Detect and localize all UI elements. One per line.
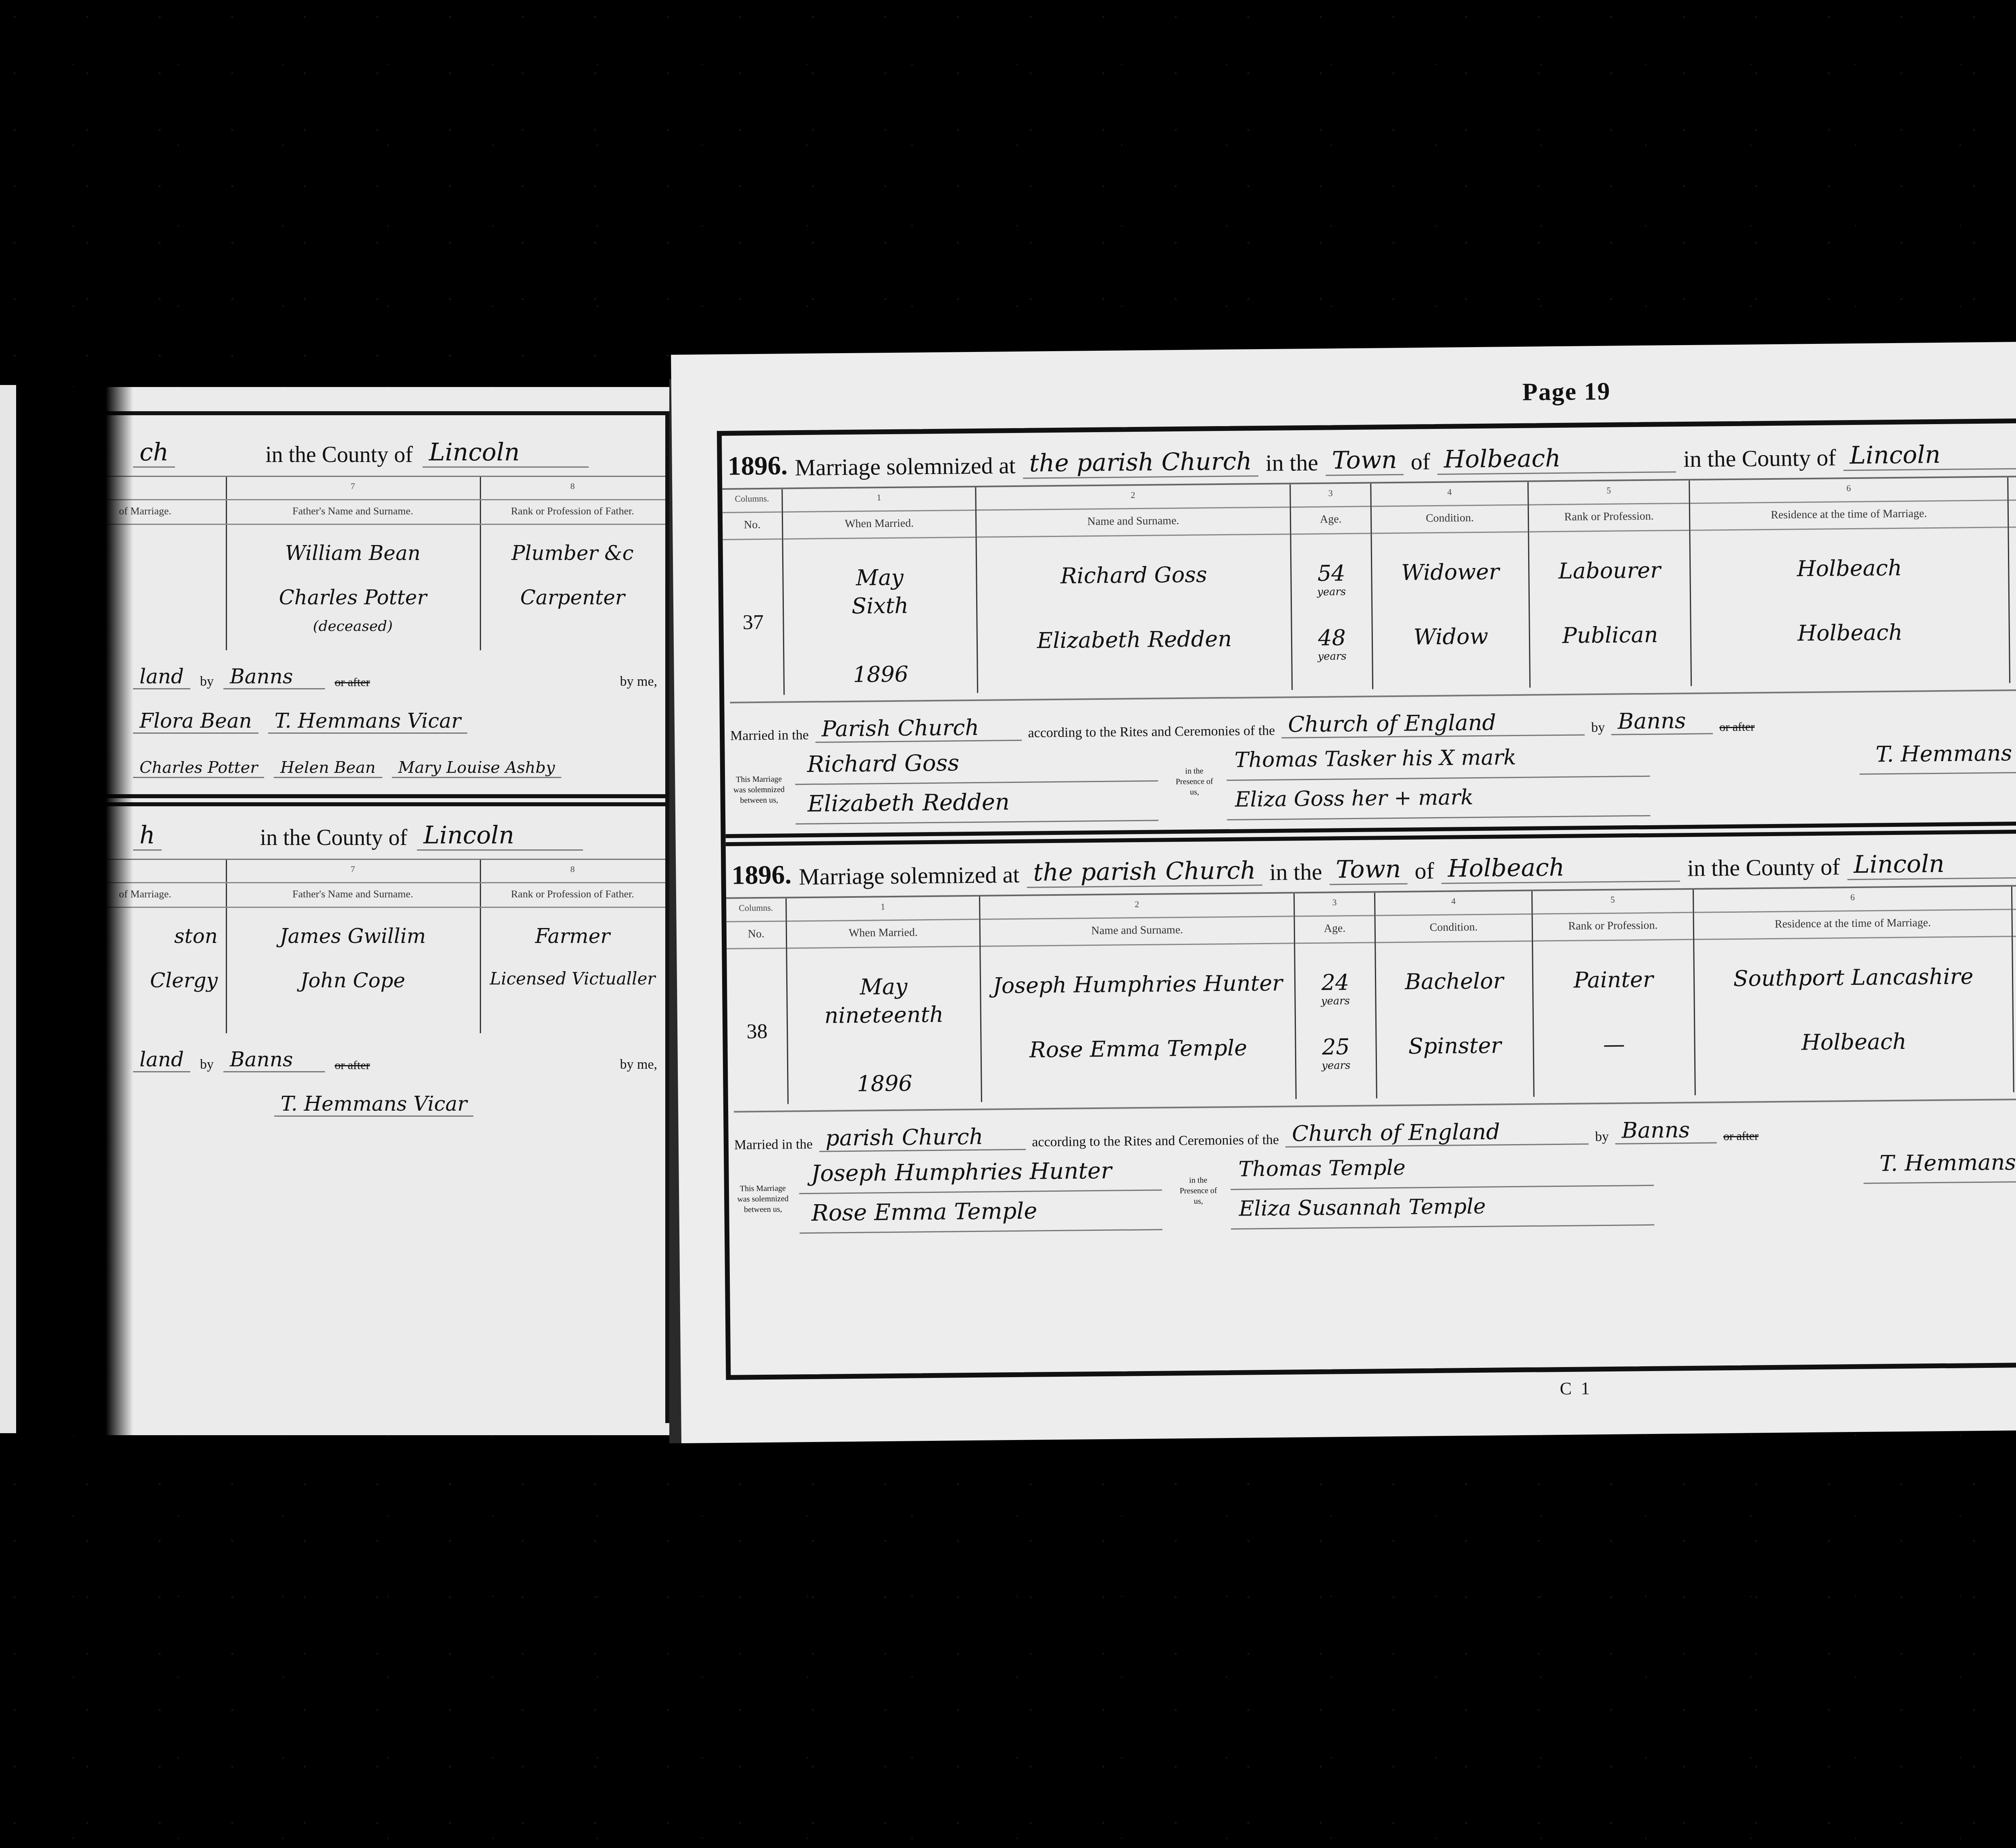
witness-signature: Eliza Susannah Temple xyxy=(1231,1186,1654,1230)
cell-value: 48years xyxy=(1292,624,1372,663)
party-signature: Joseph Humphries Hunter xyxy=(799,1151,1162,1195)
cell-value: Holbeach xyxy=(1695,1028,2013,1056)
party-signature: Rose Emma Temple xyxy=(799,1191,1162,1234)
cell-value: Holbeach xyxy=(1691,618,2009,647)
signature-block: This Marriage was solemnized between us,… xyxy=(730,731,2016,831)
cell-value: Joseph Humphries Hunter xyxy=(981,970,1295,998)
married-in-line: Married in the parish Church according t… xyxy=(734,1096,2016,1153)
column-header: Condition. xyxy=(1375,914,1532,943)
father-name: William Bean xyxy=(226,541,480,565)
party-signature: Elizabeth Redden xyxy=(795,782,1158,825)
column-header: No. xyxy=(723,512,782,540)
married-in: parish Church xyxy=(819,1124,1026,1152)
column-header: Name and Surname. xyxy=(981,916,1294,947)
col-no: Columns.No.38 xyxy=(726,898,789,1104)
parties: Joseph Humphries Hunter Rose Emma Temple xyxy=(799,1151,1162,1234)
col-residence: 6Residence at the time of Marriage.Holbe… xyxy=(1690,477,2010,686)
father-profession: Carpenter xyxy=(480,586,665,609)
father-profession: Licensed Victualler xyxy=(480,969,665,989)
married-in: Parish Church xyxy=(815,714,1022,743)
column-header: Condition. xyxy=(1372,504,1528,534)
column-header: Age. xyxy=(1295,915,1375,944)
column-header: When Married. xyxy=(783,510,976,540)
column-header: No. xyxy=(727,920,786,949)
left-entry-2-grid: of Marriage. ston Clergy 7 Father's Name… xyxy=(65,859,665,1033)
father-profession: Farmer xyxy=(480,924,665,948)
parties: Richard Goss Elizabeth Redden xyxy=(795,742,1158,825)
cell-value: 24years xyxy=(1295,969,1375,1007)
witnesses: Thomas Tasker his X mark Eliza Goss her … xyxy=(1226,737,1650,820)
entry-headline: 1896. Marriage solemnized at the parish … xyxy=(731,839,2016,891)
witnesses: Thomas Temple Eliza Susannah Temple xyxy=(1230,1147,1654,1230)
by-method: Banns xyxy=(1615,1117,1717,1144)
column-header: Name and Surname. xyxy=(977,506,1290,537)
entry-grid: Columns.No.381When Married.Maynineteenth… xyxy=(726,882,2016,1105)
county-label: in the County of xyxy=(265,442,413,468)
year: 1896. xyxy=(727,450,787,481)
column-header: Rank or Profession. xyxy=(1529,503,1689,533)
column-header: Age. xyxy=(1291,506,1371,535)
cell-value: nineteenth xyxy=(788,1001,981,1029)
year: 1896. xyxy=(731,859,791,891)
place: the parish Church xyxy=(1027,856,1262,888)
left-entry-1-grid: of Marriage. 7 Father's Name and Surname… xyxy=(65,476,665,650)
entry-headline: 1896. Marriage solemnized at the parish … xyxy=(727,430,2016,482)
father-profession: Plumber &c xyxy=(480,541,665,565)
district-type: Town xyxy=(1325,446,1404,476)
cell-value: Painter xyxy=(1533,966,1694,993)
marriage-register-form: 1896. Marriage solemnized at the parish … xyxy=(717,416,2016,1380)
col-header: Father's Name and Surname. xyxy=(226,499,480,525)
witness-signature: Eliza Goss her + mark xyxy=(1227,777,1650,820)
cell-value: Labourer xyxy=(1529,557,1690,584)
col-condition: 4Condition.WidowerWidow xyxy=(1371,482,1531,689)
father-note: (deceased) xyxy=(226,618,480,635)
officiant-signature: T. Hemmans Vicar xyxy=(1859,731,2016,775)
cell-value: 54years xyxy=(1291,560,1371,598)
column-header: When Married. xyxy=(787,919,980,949)
left-entry-1-header: ch in the County of Lincoln xyxy=(133,431,657,468)
register-entry: 1896. Marriage solemnized at the parish … xyxy=(726,830,2016,1369)
cell-value: Holbeach xyxy=(1691,554,2008,583)
left-entry-1-witnesses: Charles Potter Helen Bean Mary Louise As… xyxy=(133,746,657,778)
previous-page-edge xyxy=(0,385,16,1433)
col-father: 7 Father's Name and Surname. William Bea… xyxy=(226,477,481,650)
cell-value: Richard Goss xyxy=(977,561,1291,589)
signature-block: This Marriage was solemnized between us,… xyxy=(734,1140,2016,1240)
col-father-profession: 8 Rank or Profession of Father. Plumber … xyxy=(480,477,665,650)
column-header: Rank or Profession. xyxy=(1533,912,1693,942)
left-entry-1-signatures: Flora Bean T. Hemmans Vicar xyxy=(133,701,657,734)
cell-value: Rose Emma Temple xyxy=(981,1034,1295,1063)
district-tail: ch xyxy=(133,438,175,468)
cell-value: — xyxy=(1534,1031,1694,1058)
father-name: Charles Potter xyxy=(226,586,480,609)
cell-value: Widow xyxy=(1373,623,1529,650)
col-age: 3Age.54years48years xyxy=(1291,483,1373,690)
place: the parish Church xyxy=(1023,447,1258,479)
county-value: Lincoln xyxy=(423,438,589,468)
cell-value: Thomas Temple xyxy=(2014,1024,2016,1053)
register-entry: 1896. Marriage solemnized at the parish … xyxy=(722,420,2016,839)
rites: Church of England xyxy=(1285,1118,1589,1147)
left-form: ch in the County of Lincoln of Marriage.… xyxy=(65,411,669,1423)
officiant-signature: T. Hemmans Vicar xyxy=(1863,1140,2016,1184)
by-method: Banns xyxy=(1611,708,1713,735)
county: Lincoln xyxy=(1847,849,2016,880)
cell-value: 1896 xyxy=(788,1070,981,1097)
witness-signature: Thomas Tasker his X mark xyxy=(1226,737,1650,781)
cell-value: Henry Goss xyxy=(2009,551,2016,579)
left-entry-2-rites: land by Banns or after by me, xyxy=(133,1040,657,1072)
binding-shadow xyxy=(65,387,133,1435)
col-profession: 5Rank or Profession.Painter— xyxy=(1533,890,1696,1097)
entry-number: 37 xyxy=(723,610,783,634)
county: Lincoln xyxy=(1843,440,2016,471)
father-name: John Cope xyxy=(226,969,480,992)
cell-value: 25years xyxy=(1296,1034,1376,1072)
district: Holbeach xyxy=(1437,443,1677,475)
entry-separator xyxy=(65,794,665,806)
rites: Church of England xyxy=(1281,709,1585,738)
cell-value: Bachelor xyxy=(1376,968,1533,995)
cell-value: Publican xyxy=(1530,622,1691,649)
column-header: Residence at the time of Marriage. xyxy=(1690,499,2008,531)
col-name: 2Name and Surname.Richard GossElizabeth … xyxy=(976,484,1293,693)
left-entry-2-header: h in the County of Lincoln xyxy=(133,814,657,851)
right-page: Page 19 1896. Marriage solemnized at the… xyxy=(671,338,2016,1443)
party-signature: Richard Goss xyxy=(795,742,1158,785)
cell-value: Southport Lancashire xyxy=(1695,963,2012,992)
entry-grid: Columns.No.371When Married.MaySixth18962… xyxy=(722,473,2016,695)
col-profession: 5Rank or Profession.LabourerPublican xyxy=(1529,481,1692,688)
col-name: 2Name and Surname.Joseph Humphries Hunte… xyxy=(980,893,1297,1102)
cell-value: 1896 xyxy=(784,661,977,688)
col-no: Columns.No.37 xyxy=(722,489,785,695)
district-type: Town xyxy=(1329,855,1408,885)
cell-value: Spinster xyxy=(1377,1032,1533,1059)
married-in-line: Married in the Parish Church according t… xyxy=(730,687,2016,744)
col-when-married: 1When Married.Maynineteenth1896 xyxy=(787,897,982,1104)
cell-value: Henry Hunter xyxy=(2013,960,2016,989)
cell-value: Elizabeth Redden xyxy=(978,625,1291,653)
cell-value: May xyxy=(783,564,976,591)
entry-number: 38 xyxy=(727,1019,787,1043)
left-entry-1-rites: land by Banns or after by me, xyxy=(133,657,657,689)
cell-value: May xyxy=(787,973,980,1001)
cell-value: Widower xyxy=(1372,559,1529,586)
left-entry-2-officiant: T. Hemmans Vicar xyxy=(133,1084,657,1117)
col-header: Rank or Profession of Father. xyxy=(480,499,665,525)
cell-value: William Griffin xyxy=(2010,615,2016,644)
cell-value: Sixth xyxy=(784,592,977,620)
page-number: Page 19 xyxy=(671,369,2016,415)
col-residence: 6Residence at the time of Marriage.South… xyxy=(1694,887,2014,1095)
column-header: Residence at the time of Marriage. xyxy=(1694,909,2012,940)
father-name: James Gwillim xyxy=(226,924,480,948)
district: Holbeach xyxy=(1441,852,1680,884)
witness-signature: Thomas Temple xyxy=(1230,1147,1654,1190)
col-when-married: 1When Married.MaySixth1896 xyxy=(783,487,978,695)
col-condition: 4Condition.BachelorSpinster xyxy=(1375,891,1535,1099)
column-header: Father's Name and Surname. xyxy=(2012,905,2016,937)
column-header: Father's Name and Surname. xyxy=(2009,496,2016,528)
col-age: 3Age.24years25years xyxy=(1295,893,1377,1099)
left-page: ch in the County of Lincoln of Marriage.… xyxy=(65,387,669,1435)
